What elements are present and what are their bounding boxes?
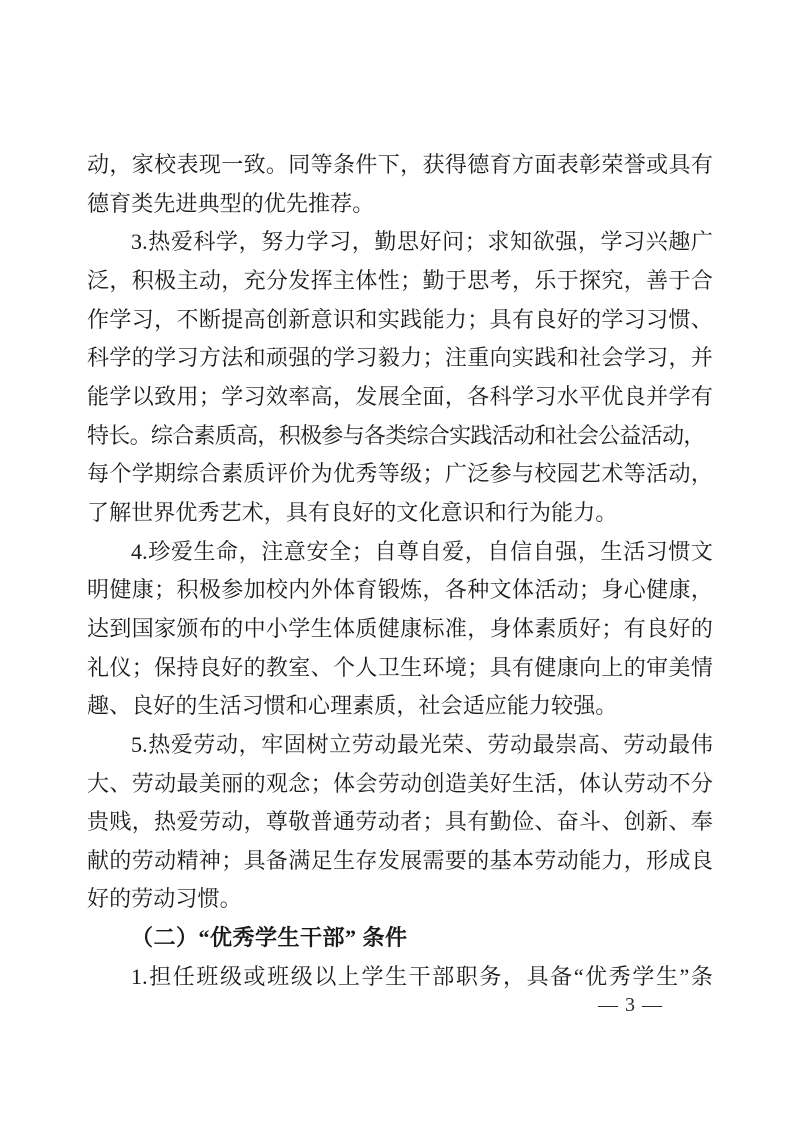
text-line: 了解世界优秀艺术，具有良好的文化意识和行为能力。 [87,494,713,533]
text-line: 作学习，不断提高创新意识和实践能力；具有良好的学习习惯、 [87,301,713,340]
text-line: 贵贱，热爱劳动，尊敬普通劳动者；具有勤俭、奋斗、创新、奉 [87,803,713,842]
text-line: 礼仪；保持良好的教室、个人卫生环境；具有健康向上的审美情 [87,649,713,688]
document-body: 动，家校表现一致。同等条件下，获得德育方面表彰荣誉或具有德育类先进典型的优先推荐… [87,146,713,996]
text-line: 3.热爱科学，努力学习，勤思好问；求知欲强，学习兴趣广 [87,223,713,262]
text-line: 特长。综合素质高，积极参与各类综合实践活动和社会公益活动， [87,417,713,456]
page-number: — 3 — [598,993,663,1017]
text-line: 大、劳动最美丽的观念；体会劳动创造美好生活，体认劳动不分 [87,765,713,804]
text-line: 德育类先进典型的优先推荐。 [87,185,713,224]
text-line: 达到国家颁布的中小学生体质健康标准，身体素质好；有良好的 [87,610,713,649]
text-line: 科学的学习方法和顽强的学习毅力；注重向实践和社会学习，并 [87,339,713,378]
text-line: 趣、良好的生活习惯和心理素质，社会适应能力较强。 [87,687,713,726]
text-line: 5.热爱劳动，牢固树立劳动最光荣、劳动最崇高、劳动最伟 [87,726,713,765]
text-line: 泛，积极主动，充分发挥主体性；勤于思考，乐于探究，善于合 [87,262,713,301]
document-page: 动，家校表现一致。同等条件下，获得德育方面表彰荣誉或具有德育类先进典型的优先推荐… [0,0,793,1122]
text-line: 每个学期综合素质评价为优秀等级；广泛参与校园艺术等活动， [87,455,713,494]
text-line: 动，家校表现一致。同等条件下，获得德育方面表彰荣誉或具有 [87,146,713,185]
text-line: 明健康；积极参加校内外体育锻炼，各种文体活动；身心健康， [87,571,713,610]
text-line: 4.珍爱生命，注意安全；自尊自爱，自信自强，生活习惯文 [87,533,713,572]
text-line: 献的劳动精神；具备满足生存发展需要的基本劳动能力，形成良 [87,842,713,881]
section-heading: （二）“优秀学生干部” 条件 [87,919,713,958]
text-line: 1.担任班级或班级以上学生干部职务，具备“优秀学生”条 [87,958,713,997]
text-line: 能学以致用；学习效率高，发展全面，各科学习水平优良并学有 [87,378,713,417]
text-line: 好的劳动习惯。 [87,880,713,919]
